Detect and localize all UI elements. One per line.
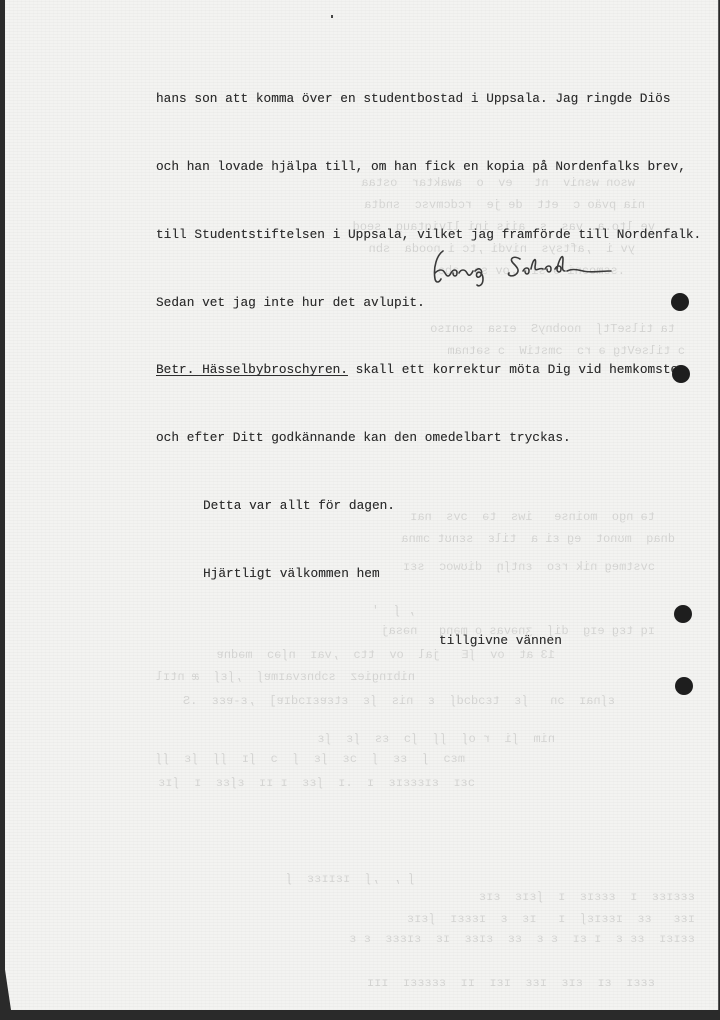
valediction: tillgivne vännen	[156, 630, 701, 653]
paragraph-line: Betr. Hässelbybroschyren. skall ett korr…	[156, 359, 701, 382]
punch-hole	[674, 605, 692, 623]
body-line: och han lovade hjälpa till, om han fick …	[156, 156, 701, 179]
paper-sheet: wson wsniv nt ev o awaktar ostaa nia pvä…	[5, 0, 718, 1010]
punch-hole	[671, 293, 689, 311]
closing-line: Hjärtligt välkommen hem	[156, 563, 701, 586]
paragraph-line: och efter Ditt godkännande kan den omede…	[156, 427, 701, 450]
body-line: hans son att komma över en studentbostad…	[156, 88, 701, 111]
punch-hole	[672, 365, 690, 383]
handwritten-signature	[425, 245, 625, 290]
paragraph-text: skall ett korrektur möta Dig vid hemkoms…	[348, 362, 686, 377]
scanned-page: wson wsniv nt ev o awaktar ostaa nia pvä…	[0, 0, 720, 1020]
body-line: till Studentstiftelsen i Uppsala, vilket…	[156, 224, 701, 247]
punch-hole	[675, 677, 693, 695]
body-line: Sedan vet jag inte hur det avlupit.	[156, 292, 701, 315]
closing-line: Detta var allt för dagen.	[156, 495, 701, 518]
page-edge	[718, 0, 719, 1010]
letter-text: hans son att komma över en studentbostad…	[156, 43, 701, 698]
underlined-heading: Betr. Hässelbybroschyren.	[156, 362, 348, 377]
ink-speck	[331, 15, 333, 18]
